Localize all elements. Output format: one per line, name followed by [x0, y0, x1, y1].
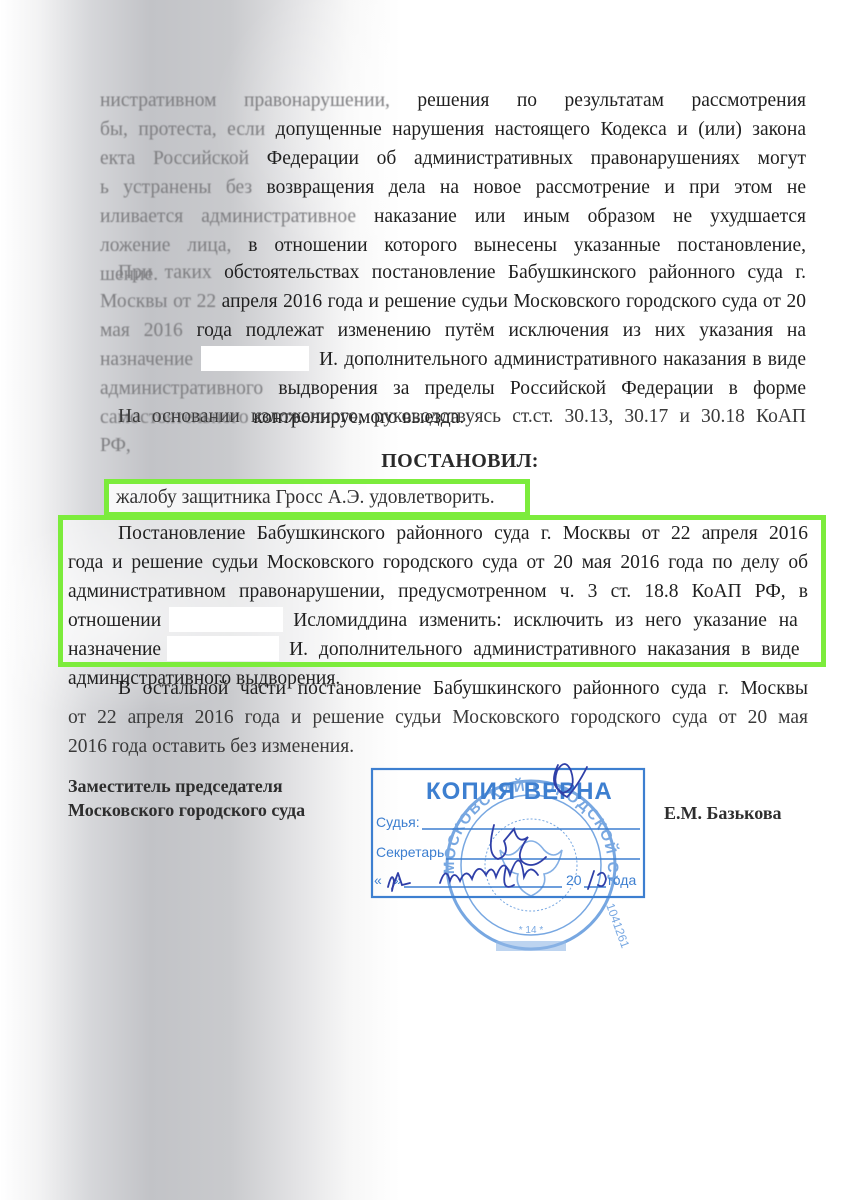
text-line: иливается административное наказание или…: [100, 202, 806, 231]
redacted-name: [169, 607, 283, 632]
ruling-heading: ПОСТАНОВИЛ:: [360, 450, 560, 473]
text-line: При таких обстоятельствах постановление …: [118, 258, 806, 287]
text-line: В остальной части постановление Бабушкин…: [118, 674, 808, 703]
text-line: назначениеИ. дополнительного администрат…: [68, 635, 808, 664]
redacted-name: [167, 636, 279, 661]
redacted-name: [201, 346, 309, 371]
svg-text:КОПИЯ ВЕРНА: КОПИЯ ВЕРНА: [426, 778, 613, 805]
signatory-name: Е.М. Базькова: [664, 803, 782, 824]
text-line: ложение лица, в отношении которого вынес…: [100, 231, 806, 260]
text-line: мая 2016 года подлежат изменению путём и…: [100, 316, 806, 345]
svg-text:1041261: 1041261: [603, 901, 632, 950]
signatory-position: Заместитель председателя Московского гор…: [68, 774, 305, 822]
text-line: Постановление Бабушкинского районного су…: [118, 519, 808, 548]
text-line: Москвы от 22 апреля 2016 года и решение …: [100, 287, 806, 316]
resolution-1-text: жалобу защитника Гросс А.Э. удовлетворит…: [116, 483, 495, 512]
svg-text:года: года: [608, 872, 636, 888]
stamp-graphic: МОСКОВСКИЙ ГОРОДСКОЙ СУД * 14 * 1041261 …: [368, 755, 658, 965]
document-body: нистративном правонарушении, решения по …: [0, 0, 842, 1200]
text-line: ь устранены без возвращения дела на ново…: [100, 173, 806, 202]
text-line: бы, протеста, если допущенные нарушения …: [100, 115, 806, 144]
position-line-2: Московского городского суда: [68, 798, 305, 822]
svg-text:«: «: [374, 872, 382, 888]
copy-certified-stamp: МОСКОВСКИЙ ГОРОДСКОЙ СУД * 14 * 1041261 …: [368, 755, 658, 965]
text-line: екта Российской Федерации об администрат…: [100, 144, 806, 173]
basis-text-2: РФ,: [100, 431, 131, 460]
text-line: 2016 года оставить без изменения.: [68, 732, 354, 761]
svg-text:Секретарь: Секретарь: [376, 844, 444, 860]
text-line: административном правонарушении, предусм…: [68, 577, 808, 606]
text-line: от 22 апреля 2016 года и решение судьи М…: [68, 703, 808, 732]
text-line: административного выдворения за пределы …: [100, 374, 806, 403]
svg-text:20: 20: [566, 872, 582, 888]
text-line: года и решение судьи Московского городск…: [68, 548, 808, 577]
svg-text:Судья:: Судья:: [376, 814, 420, 830]
position-line-1: Заместитель председателя: [68, 774, 305, 798]
svg-text:* 14 *: * 14 *: [519, 925, 544, 936]
text-line: нистративном правонарушении, решения по …: [100, 86, 806, 115]
text-line: отношенииИсломиддина изменить: исключить…: [68, 606, 808, 635]
text-line: назначениеИ. дополнительного администрат…: [100, 345, 806, 374]
basis-text-1: На основании изложенного, руководствуясь…: [118, 402, 806, 431]
